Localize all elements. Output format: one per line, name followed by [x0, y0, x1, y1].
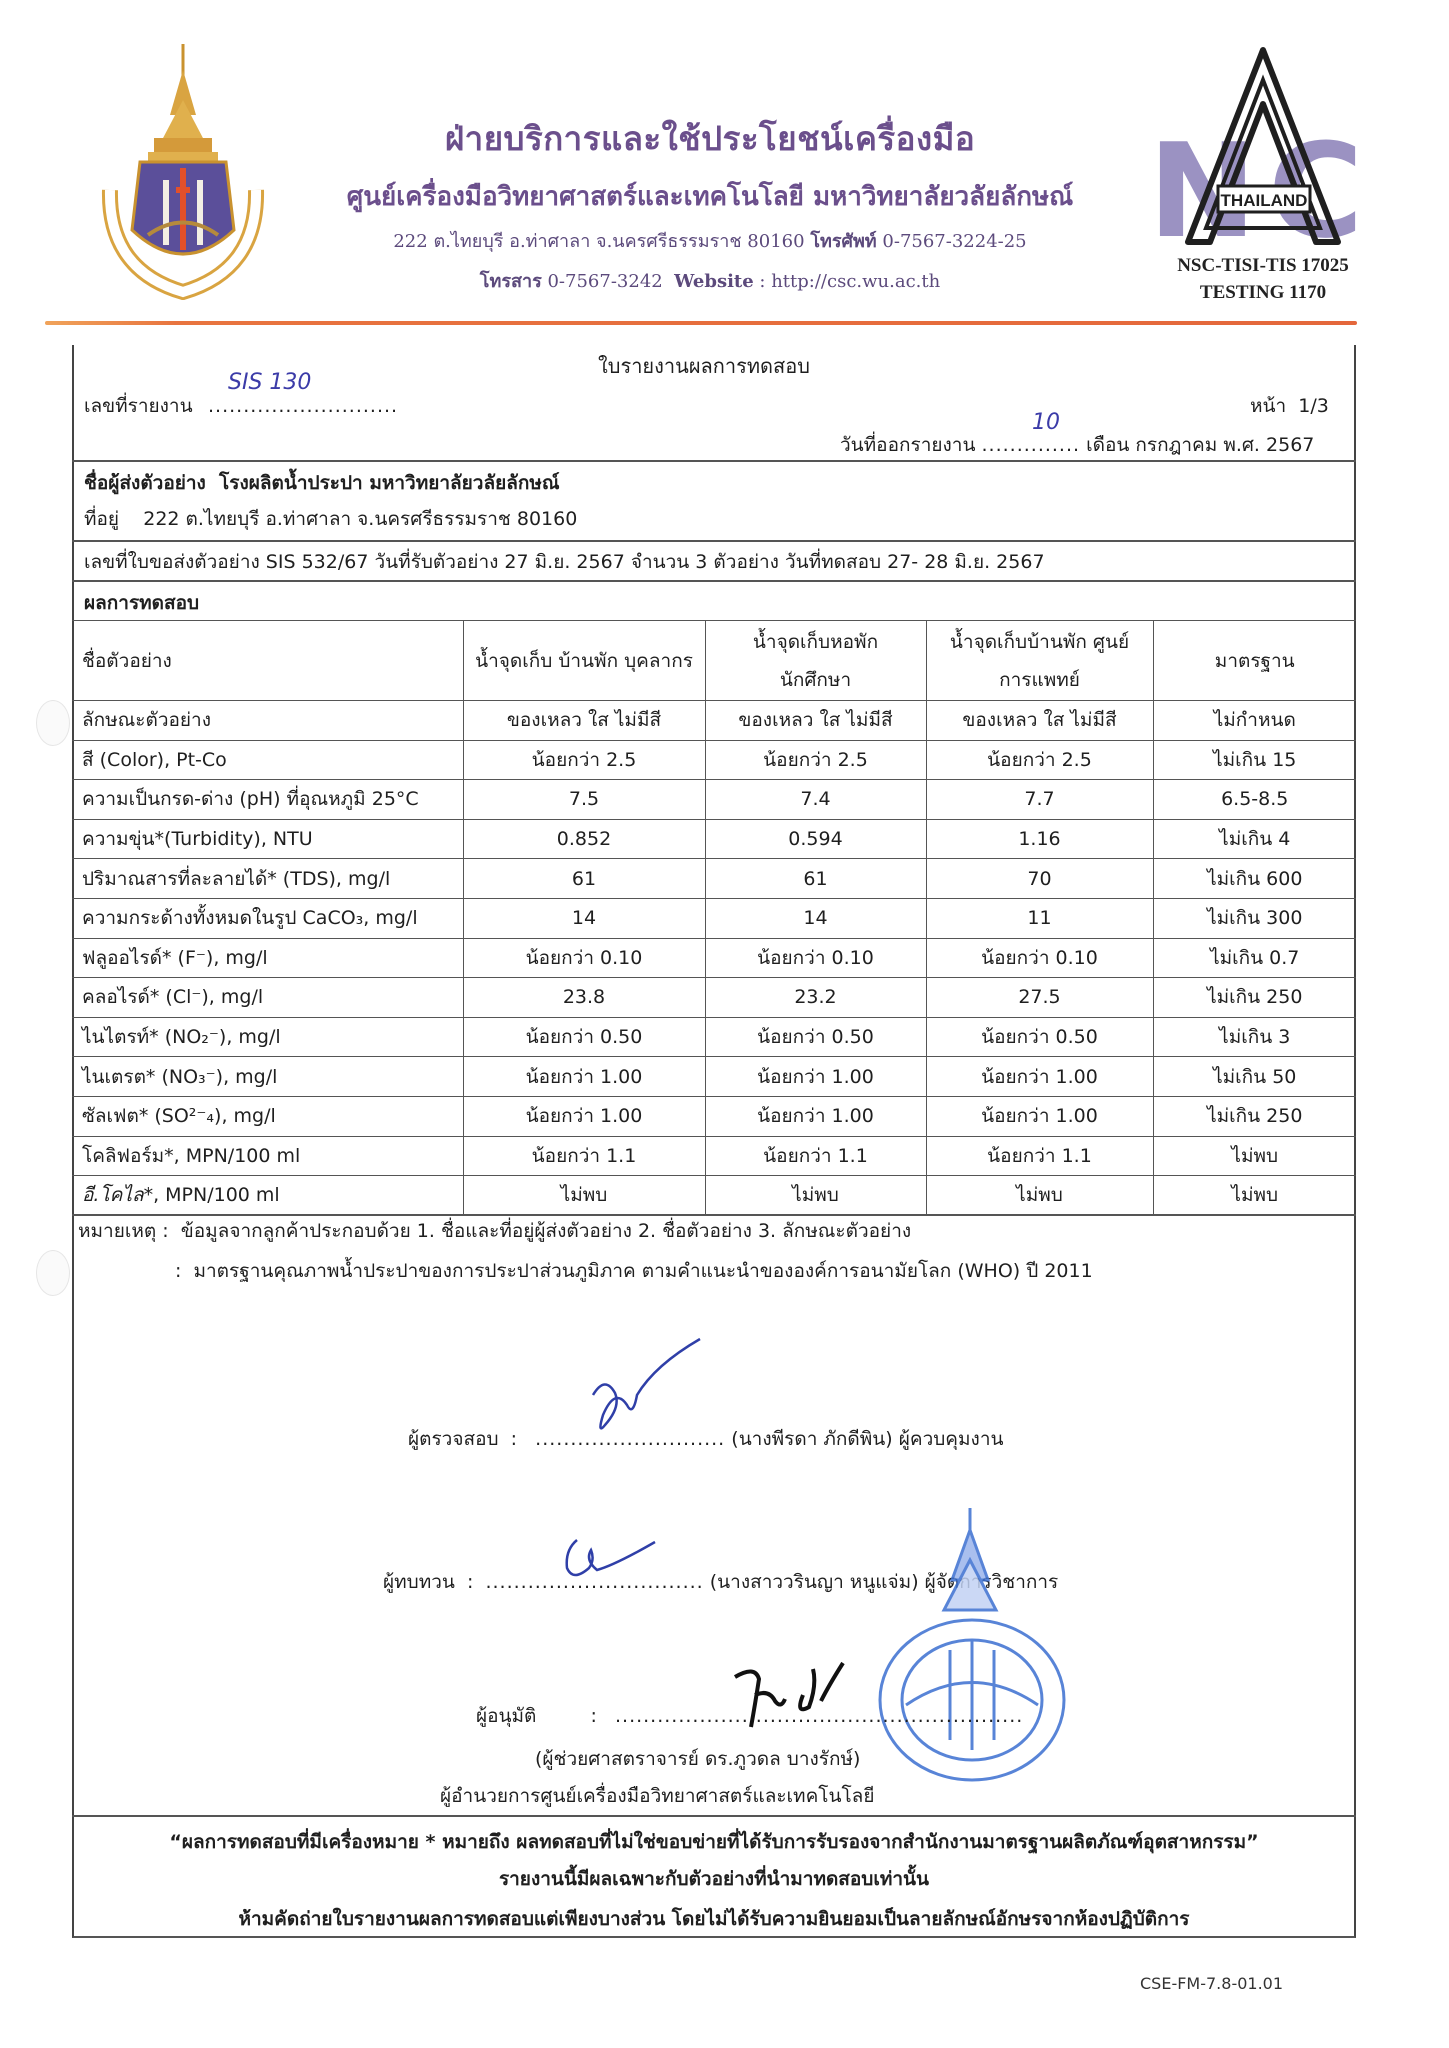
- approver-label: ผู้อนุมัติ: [476, 1705, 536, 1727]
- value-cell: น้อยกว่า 0.50: [705, 1017, 926, 1057]
- approver-name: (ผู้ช่วยศาสตราจารย์ ดร.ภูวดล บางรักษ์): [535, 1750, 860, 1769]
- department-title: ฝ่ายบริการและใช้ประโยชน์เครื่องมือ: [300, 112, 1120, 165]
- value-cell: น้อยกว่า 0.50: [463, 1017, 705, 1057]
- university-crest-logo: [88, 40, 278, 300]
- standard-cell: ไม่เกิน 0.7: [1153, 938, 1356, 978]
- phone-label: โทรศัพท์: [810, 231, 876, 252]
- header-standard: มาตรฐาน: [1153, 621, 1356, 701]
- table-row: สี (Color), Pt-Co น้อยกว่า 2.5 น้อยกว่า …: [72, 740, 1356, 780]
- header-divider: [45, 321, 1357, 325]
- standard-cell: ไม่เกิน 50: [1153, 1057, 1356, 1097]
- param-cell: ไนเตรต* (NO₃⁻), mg/l: [72, 1057, 463, 1097]
- standard-cell: ไม่เกิน 250: [1153, 978, 1356, 1018]
- issue-year-label: พ.ศ.: [1223, 434, 1260, 456]
- value-cell: 27.5: [926, 978, 1153, 1018]
- value-cell: ไม่พบ: [705, 1176, 926, 1216]
- fax-number: 0-7567-3242: [547, 271, 662, 292]
- value-cell: น้อยกว่า 0.10: [926, 938, 1153, 978]
- table-row: ปริมาณสารที่ละลายได้* (TDS), mg/l 61 61 …: [72, 859, 1356, 899]
- issue-year: 2567: [1266, 434, 1314, 456]
- value-cell: 70: [926, 859, 1153, 899]
- param-cell: สี (Color), Pt-Co: [72, 740, 463, 780]
- param-cell: ฟลูออไรด์* (F⁻), mg/l: [72, 938, 463, 978]
- param-cell: ซัลเฟต* (SO²⁻₄), mg/l: [72, 1096, 463, 1136]
- page-indicator: หน้า 1/3: [1250, 397, 1329, 416]
- header-sample-2: น้ำจุดเก็บหอพัก นักศึกษา: [705, 621, 926, 701]
- checker-label: ผู้ตรวจสอบ: [408, 1428, 499, 1450]
- value-cell: 14: [463, 898, 705, 938]
- divider: [72, 580, 1356, 582]
- table-row: ลักษณะตัวอย่าง ของเหลว ใส ไม่มีสี ของเหล…: [72, 701, 1356, 741]
- standard-cell: ไม่เกิน 3: [1153, 1017, 1356, 1057]
- value-cell: 61: [705, 859, 926, 899]
- sample-request-info: เลขที่ใบขอส่งตัวอย่าง SIS 532/67 วันที่ร…: [84, 553, 1045, 572]
- phone-number: 0-7567-3224-25: [882, 231, 1026, 252]
- value-cell: 14: [705, 898, 926, 938]
- sender-name-label: ชื่อผู้ส่งตัวอย่าง: [84, 472, 206, 494]
- value-cell: น้อยกว่า 1.00: [926, 1096, 1153, 1136]
- report-no-label: เลขที่รายงาน: [84, 397, 193, 416]
- param-cell: ไนไตรท์* (NO₂⁻), mg/l: [72, 1017, 463, 1057]
- sender-address-line: ที่อยู่ 222 ต.ไทยบุรี อ.ท่าศาลา จ.นครศรี…: [84, 510, 577, 529]
- table-header-row: ชื่อตัวอย่าง น้ำจุดเก็บ บ้านพัก บุคลากร …: [72, 621, 1356, 701]
- value-cell: น้อยกว่า 1.00: [463, 1057, 705, 1097]
- notes-text-2: มาตรฐานคุณภาพน้ำประปาของการประปาส่วนภูมิ…: [193, 1260, 1092, 1282]
- page-label: หน้า: [1250, 395, 1286, 417]
- approver-signature: [725, 1655, 855, 1735]
- table-row: ซัลเฟต* (SO²⁻₄), mg/l น้อยกว่า 1.00 น้อย…: [72, 1096, 1356, 1136]
- standard-cell: 6.5-8.5: [1153, 780, 1356, 820]
- table-row: คลอไรด์* (Cl⁻), mg/l 23.8 23.2 27.5 ไม่เ…: [72, 978, 1356, 1018]
- results-section-label: ผลการทดสอบ: [84, 594, 199, 613]
- value-cell: 23.8: [463, 978, 705, 1018]
- scope-disclaimer: รายงานนี้มีผลเฉพาะกับตัวอย่างที่นำมาทดสอ…: [72, 1870, 1356, 1889]
- report-title: ใบรายงานผลการทดสอบ: [598, 356, 810, 376]
- value-cell: 0.852: [463, 819, 705, 859]
- table-row: ความเป็นกรด-ด่าง (pH) ที่อุณหภูมิ 25°C 7…: [72, 780, 1356, 820]
- issue-day-value: 10: [1032, 412, 1060, 434]
- reviewer-signature: [555, 1520, 665, 1585]
- hole-punch-mark: [36, 1250, 70, 1296]
- value-cell: น้อยกว่า 2.5: [705, 740, 926, 780]
- notes-line-2: : มาตรฐานคุณภาพน้ำประปาของการประปาส่วนภู…: [175, 1262, 1093, 1281]
- standard-cell: ไม่กำหนด: [1153, 701, 1356, 741]
- divider: [72, 540, 1356, 542]
- checker-signature-line: ผู้ตรวจสอบ : ...........................…: [408, 1430, 1003, 1449]
- value-cell: น้อยกว่า 1.00: [705, 1096, 926, 1136]
- value-cell: 0.594: [705, 819, 926, 859]
- value-cell: น้อยกว่า 0.10: [463, 938, 705, 978]
- center-contact: โทรสาร 0-7567-3242 Website : http://csc.…: [300, 266, 1120, 295]
- center-address: 222 ต.ไทยบุรี อ.ท่าศาลา จ.นครศรีธรรมราช …: [300, 226, 1120, 255]
- param-cell: ความเป็นกรด-ด่าง (pH) ที่อุณหภูมิ 25°C: [72, 780, 463, 820]
- sender-line: ชื่อผู้ส่งตัวอย่าง โรงผลิตน้ำประปา มหาวิ…: [84, 474, 560, 493]
- table-row: อี.โคไล*, MPN/100 ml ไม่พบ ไม่พบ ไม่พบ ไ…: [72, 1176, 1356, 1216]
- fax-label: โทรสาร: [480, 271, 542, 292]
- param-cell: ความขุ่น*(Turbidity), NTU: [72, 819, 463, 859]
- value-cell: 7.5: [463, 780, 705, 820]
- checker-name: (นางพีรดา ภักดีพิน) ผู้ควบคุมงาน: [731, 1428, 1003, 1450]
- form-code: CSE-FM-7.8-01.01: [1140, 1974, 1283, 1993]
- table-row: ฟลูออไรด์* (F⁻), mg/l น้อยกว่า 0.10 น้อย…: [72, 938, 1356, 978]
- param-italic: อี.โคไล*: [82, 1184, 153, 1206]
- issue-date: วันที่ออกรายงาน .............. เดือน กรก…: [840, 436, 1314, 455]
- standard-cell: ไม่เกิน 250: [1153, 1096, 1356, 1136]
- value-cell: ไม่พบ: [926, 1176, 1153, 1216]
- nac-accreditation-logo: N C THAILAND: [1148, 46, 1378, 246]
- value-cell: น้อยกว่า 1.00: [463, 1096, 705, 1136]
- value-cell: น้อยกว่า 1.1: [705, 1136, 926, 1176]
- param-cell: อี.โคไล*, MPN/100 ml: [72, 1176, 463, 1216]
- report-no-value: SIS 130: [228, 372, 311, 394]
- approver-title: ผู้อำนวยการศูนย์เครื่องมือวิทยาศาสตร์และ…: [440, 1787, 874, 1806]
- table-row: ความกระด้างทั้งหมดในรูป CaCO₃, mg/l 14 1…: [72, 898, 1356, 938]
- value-cell: 7.7: [926, 780, 1153, 820]
- notes-label: หมายเหตุ: [78, 1220, 156, 1242]
- sender-name: โรงผลิตน้ำประปา มหาวิทยาลัยวลัยลักษณ์: [219, 472, 560, 494]
- notes-text-1: ข้อมูลจากลูกค้าประกอบด้วย 1. ชื่อและที่อ…: [181, 1220, 911, 1242]
- value-cell: 7.4: [705, 780, 926, 820]
- table-row: ไนไตรท์* (NO₂⁻), mg/l น้อยกว่า 0.50 น้อย…: [72, 1017, 1356, 1057]
- param-cell: ปริมาณสารที่ละลายได้* (TDS), mg/l: [72, 859, 463, 899]
- page-value: 1/3: [1298, 395, 1329, 417]
- website-link[interactable]: http://csc.wu.ac.th: [771, 271, 940, 292]
- value-cell: น้อยกว่า 1.00: [705, 1057, 926, 1097]
- table-row: ความขุ่น*(Turbidity), NTU 0.852 0.594 1.…: [72, 819, 1356, 859]
- param-cell: โคลิฟอร์ม*, MPN/100 ml: [72, 1136, 463, 1176]
- issue-date-label: วันที่ออกรายงาน: [840, 434, 975, 456]
- value-cell: ไม่พบ: [463, 1176, 705, 1216]
- value-cell: น้อยกว่า 2.5: [463, 740, 705, 780]
- value-cell: ของเหลว ใส ไม่มีสี: [463, 701, 705, 741]
- param-unit: , MPN/100 ml: [153, 1184, 280, 1206]
- standard-cell: ไม่พบ: [1153, 1176, 1356, 1216]
- standard-cell: ไม่เกิน 15: [1153, 740, 1356, 780]
- param-cell: ความกระด้างทั้งหมดในรูป CaCO₃, mg/l: [72, 898, 463, 938]
- issue-month: กรกฎาคม: [1135, 434, 1217, 456]
- issue-month-label: เดือน: [1086, 434, 1129, 456]
- table-row: ไนเตรต* (NO₃⁻), mg/l น้อยกว่า 1.00 น้อยก…: [72, 1057, 1356, 1097]
- value-cell: น้อยกว่า 1.00: [926, 1057, 1153, 1097]
- value-cell: ของเหลว ใส ไม่มีสี: [926, 701, 1153, 741]
- accreditation-disclaimer: “ผลการทดสอบที่มีเครื่องหมาย * หมายถึง ผล…: [72, 1833, 1356, 1852]
- checker-signature: [575, 1335, 705, 1445]
- center-name: ศูนย์เครื่องมือวิทยาศาสตร์และเทคโนโลยี ม…: [300, 176, 1120, 217]
- website-label: Website: [674, 271, 754, 292]
- report-no-dots: ...........................: [208, 397, 398, 416]
- value-cell: น้อยกว่า 1.1: [463, 1136, 705, 1176]
- header-sample-1: น้ำจุดเก็บ บ้านพัก บุคลากร: [463, 621, 705, 701]
- value-cell: น้อยกว่า 2.5: [926, 740, 1153, 780]
- value-cell: 23.2: [705, 978, 926, 1018]
- reviewer-label: ผู้ทบทวน: [383, 1571, 455, 1593]
- standard-cell: ไม่เกิน 4: [1153, 819, 1356, 859]
- accreditation-number: TESTING 1170: [1138, 282, 1388, 304]
- nac-logo-text: THAILAND: [1221, 191, 1308, 210]
- param-cell: ลักษณะตัวอย่าง: [72, 701, 463, 741]
- sender-address-label: ที่อยู่: [84, 508, 119, 530]
- issue-day-dots: ..............: [982, 434, 1081, 456]
- standard-cell: ไม่เกิน 600: [1153, 859, 1356, 899]
- official-seal-stamp: [860, 1500, 1080, 1790]
- sender-address: 222 ต.ไทยบุรี อ.ท่าศาลา จ.นครศรีธรรมราช …: [143, 508, 577, 530]
- copy-restriction-notice: ห้ามคัดถ่ายใบรายงานผลการทดสอบแต่เพียงบาง…: [72, 1910, 1356, 1929]
- value-cell: ของเหลว ใส ไม่มีสี: [705, 701, 926, 741]
- divider: [72, 460, 1356, 462]
- results-table: ชื่อตัวอย่าง น้ำจุดเก็บ บ้านพัก บุคลากร …: [72, 620, 1356, 1216]
- address-text: 222 ต.ไทยบุรี อ.ท่าศาลา จ.นครศรีธรรมราช …: [393, 231, 804, 252]
- header-sample-name: ชื่อตัวอย่าง: [72, 621, 463, 701]
- accreditation-standard: NSC-TISI-TIS 17025: [1138, 255, 1388, 277]
- value-cell: น้อยกว่า 1.1: [926, 1136, 1153, 1176]
- header-sample-3: น้ำจุดเก็บบ้านพัก ศูนย์การแพทย์: [926, 621, 1153, 701]
- value-cell: น้อยกว่า 0.50: [926, 1017, 1153, 1057]
- standard-cell: ไม่พบ: [1153, 1136, 1356, 1176]
- notes-line-1: หมายเหตุ : ข้อมูลจากลูกค้าประกอบด้วย 1. …: [78, 1222, 911, 1241]
- param-cell: คลอไรด์* (Cl⁻), mg/l: [72, 978, 463, 1018]
- hole-punch-mark: [36, 700, 70, 746]
- table-row: โคลิฟอร์ม*, MPN/100 ml น้อยกว่า 1.1 น้อย…: [72, 1136, 1356, 1176]
- value-cell: น้อยกว่า 0.10: [705, 938, 926, 978]
- standard-cell: ไม่เกิน 300: [1153, 898, 1356, 938]
- value-cell: 61: [463, 859, 705, 899]
- value-cell: 1.16: [926, 819, 1153, 859]
- value-cell: 11: [926, 898, 1153, 938]
- divider: [72, 1815, 1356, 1817]
